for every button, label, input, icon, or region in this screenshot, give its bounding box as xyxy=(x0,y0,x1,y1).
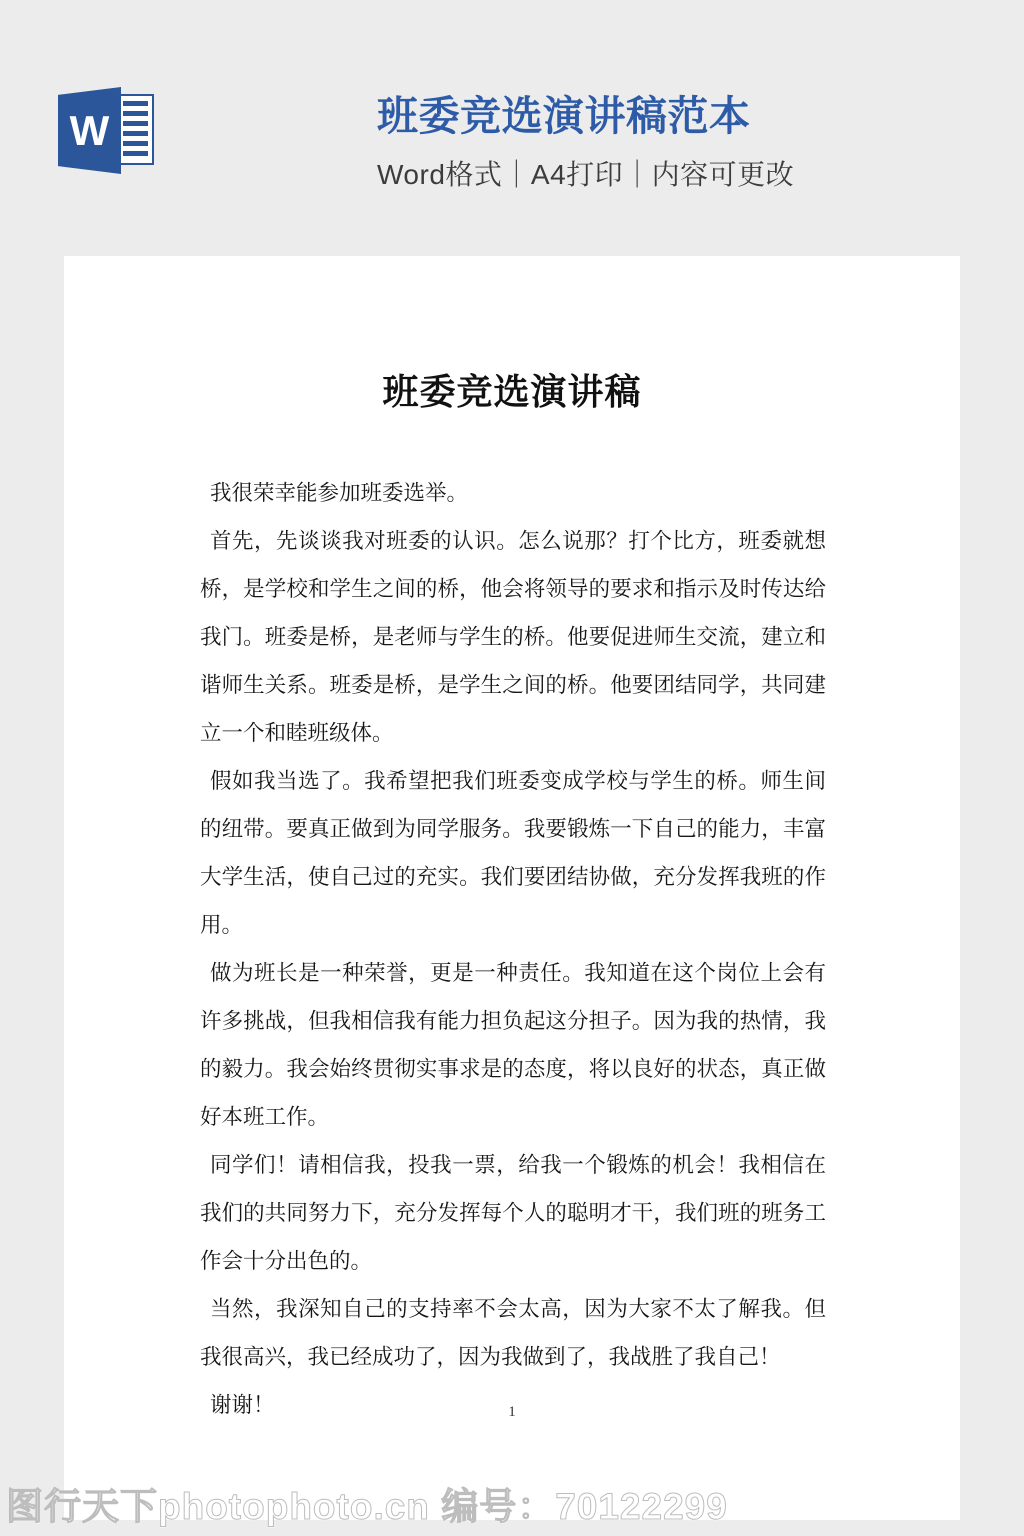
watermark-text: 图行天下photophoto.cn 编号：70122299 xyxy=(6,1476,728,1530)
document-body: 我很荣幸能参加班委选举。首先，先谈谈我对班委的认识。怎么说那？打个比方，班委就想… xyxy=(200,469,826,1429)
paragraph: 首先，先谈谈我对班委的认识。怎么说那？打个比方，班委就想桥，是学校和学生之间的桥… xyxy=(200,517,826,757)
paragraph: 同学们！请相信我，投我一票，给我一个锻炼的机会！我相信在我们的共同努力下，充分发… xyxy=(200,1141,826,1285)
document-title: 班委竞选演讲稿 xyxy=(64,256,960,415)
paragraph: 假如我当选了。我希望把我们班委变成学校与学生的桥。师生间的纽带。要真正做到为同学… xyxy=(200,757,826,949)
word-icon-document-lines xyxy=(123,101,148,158)
paragraph: 做为班长是一种荣誉，更是一种责任。我知道在这个岗位上会有许多挑战，但我相信我有能… xyxy=(200,949,826,1141)
paragraph: 当然，我深知自己的支持率不会太高，因为大家不太了解我。但我很高兴，我已经成功了，… xyxy=(200,1285,826,1381)
header-text: 班委竞选演讲稿范本 Word格式｜A4打印｜内容可更改 xyxy=(377,94,794,193)
word-icon-cover: W xyxy=(58,87,121,174)
template-subtitle: Word格式｜A4打印｜内容可更改 xyxy=(377,153,794,193)
paragraph: 我很荣幸能参加班委选举。 xyxy=(200,469,826,517)
template-title: 班委竞选演讲稿范本 xyxy=(377,94,794,139)
word-icon-letter: W xyxy=(70,110,110,152)
document-page: 班委竞选演讲稿 我很荣幸能参加班委选举。首先，先谈谈我对班委的认识。怎么说那？打… xyxy=(64,256,960,1520)
word-icon-document xyxy=(116,94,154,165)
page-number: 1 xyxy=(64,1404,960,1421)
header: W 班委竞选演讲稿范本 Word格式｜A4打印｜内容可更改 xyxy=(0,0,1024,256)
word-icon: W xyxy=(58,87,154,174)
